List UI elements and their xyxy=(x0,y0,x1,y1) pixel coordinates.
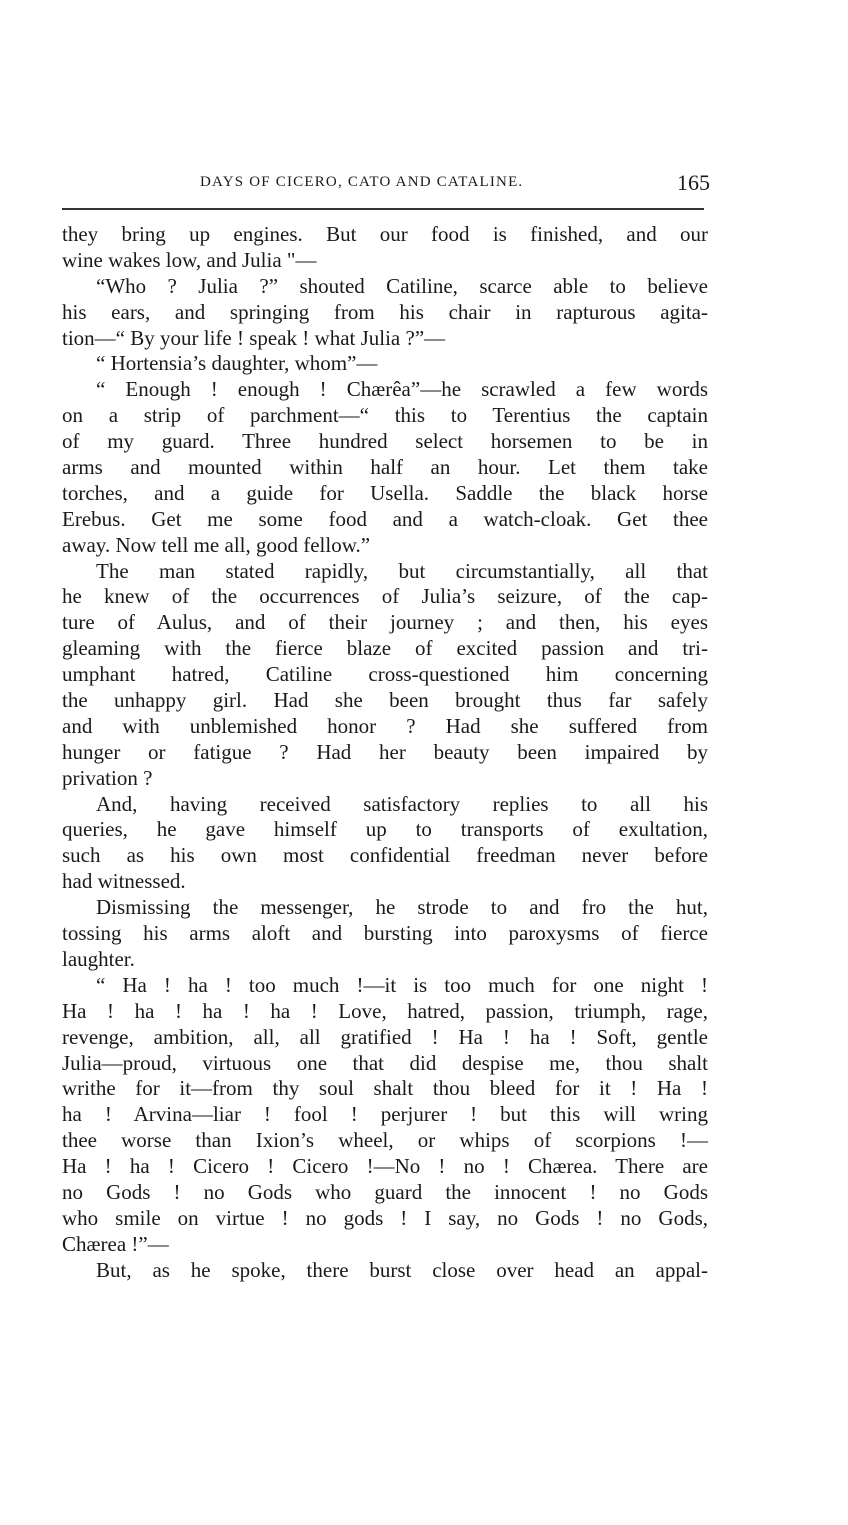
text-line: such as his own most confidential freedm… xyxy=(62,843,708,869)
body-text: they bring up engines. But our food is f… xyxy=(62,222,708,1284)
text-line: “ Enough ! enough ! Chærêa”—he scrawled … xyxy=(62,377,708,403)
text-line: “Who ? Julia ?” shouted Catiline, scarce… xyxy=(62,274,708,300)
text-line: the unhappy girl. Had she been brought t… xyxy=(62,688,708,714)
text-line: “ Ha ! ha ! too much !—it is too much fo… xyxy=(62,973,708,999)
text-line: tion—“ By your life ! speak ! what Julia… xyxy=(62,326,708,352)
text-line: his ears, and springing from his chair i… xyxy=(62,300,708,326)
text-line: laughter. xyxy=(62,947,708,973)
text-line: and with unblemished honor ? Had she suf… xyxy=(62,714,708,740)
text-line: But, as he spoke, there burst close over… xyxy=(62,1258,708,1284)
text-line: ha ! Arvina—liar ! fool ! perjurer ! but… xyxy=(62,1102,708,1128)
text-line: torches, and a guide for Usella. Saddle … xyxy=(62,481,708,507)
text-line: arms and mounted within half an hour. Le… xyxy=(62,455,708,481)
text-line: writhe for it—from thy soul shalt thou b… xyxy=(62,1076,708,1102)
text-line: no Gods ! no Gods who guard the innocent… xyxy=(62,1180,708,1206)
running-head: DAYS OF CICERO, CATO AND CATALINE. 165 xyxy=(60,172,710,202)
header-rule xyxy=(62,208,704,210)
text-line: Ha ! ha ! ha ! ha ! Love, hatred, passio… xyxy=(62,999,708,1025)
text-line: away. Now tell me all, good fellow.” xyxy=(62,533,708,559)
text-line: they bring up engines. But our food is f… xyxy=(62,222,708,248)
text-line: on a strip of parchment—“ this to Terent… xyxy=(62,403,708,429)
text-line: Erebus. Get me some food and a watch-clo… xyxy=(62,507,708,533)
text-line: tossing his arms aloft and bursting into… xyxy=(62,921,708,947)
text-line: queries, he gave himself up to transport… xyxy=(62,817,708,843)
text-line: privation ? xyxy=(62,766,708,792)
text-line: Julia—proud, virtuous one that did despi… xyxy=(62,1051,708,1077)
page-number: 165 xyxy=(677,170,710,196)
text-line: revenge, ambition, all, all gratified ! … xyxy=(62,1025,708,1051)
text-line: wine wakes low, and Julia "— xyxy=(62,248,708,274)
text-line: gleaming with the fierce blaze of excite… xyxy=(62,636,708,662)
text-line: The man stated rapidly, but circumstanti… xyxy=(62,559,708,585)
book-page: DAYS OF CICERO, CATO AND CATALINE. 165 t… xyxy=(0,0,848,1525)
text-line: Dismissing the messenger, he strode to a… xyxy=(62,895,708,921)
text-line: ture of Aulus, and of their journey ; an… xyxy=(62,610,708,636)
text-line: Ha ! ha ! Cicero ! Cicero !—No ! no ! Ch… xyxy=(62,1154,708,1180)
text-line: who smile on virtue ! no gods ! I say, n… xyxy=(62,1206,708,1232)
text-line: thee worse than Ixion’s wheel, or whips … xyxy=(62,1128,708,1154)
text-line: “ Hortensia’s daughter, whom”— xyxy=(62,351,708,377)
text-line: hunger or fatigue ? Had her beauty been … xyxy=(62,740,708,766)
text-line: had witnessed. xyxy=(62,869,708,895)
text-line: And, having received satisfactory replie… xyxy=(62,792,708,818)
text-line: umphant hatred, Catiline cross-questione… xyxy=(62,662,708,688)
text-line: Chærea !”— xyxy=(62,1232,708,1258)
text-line: he knew of the occurrences of Julia’s se… xyxy=(62,584,708,610)
text-line: of my guard. Three hundred select horsem… xyxy=(62,429,708,455)
running-title: DAYS OF CICERO, CATO AND CATALINE. xyxy=(200,174,523,191)
